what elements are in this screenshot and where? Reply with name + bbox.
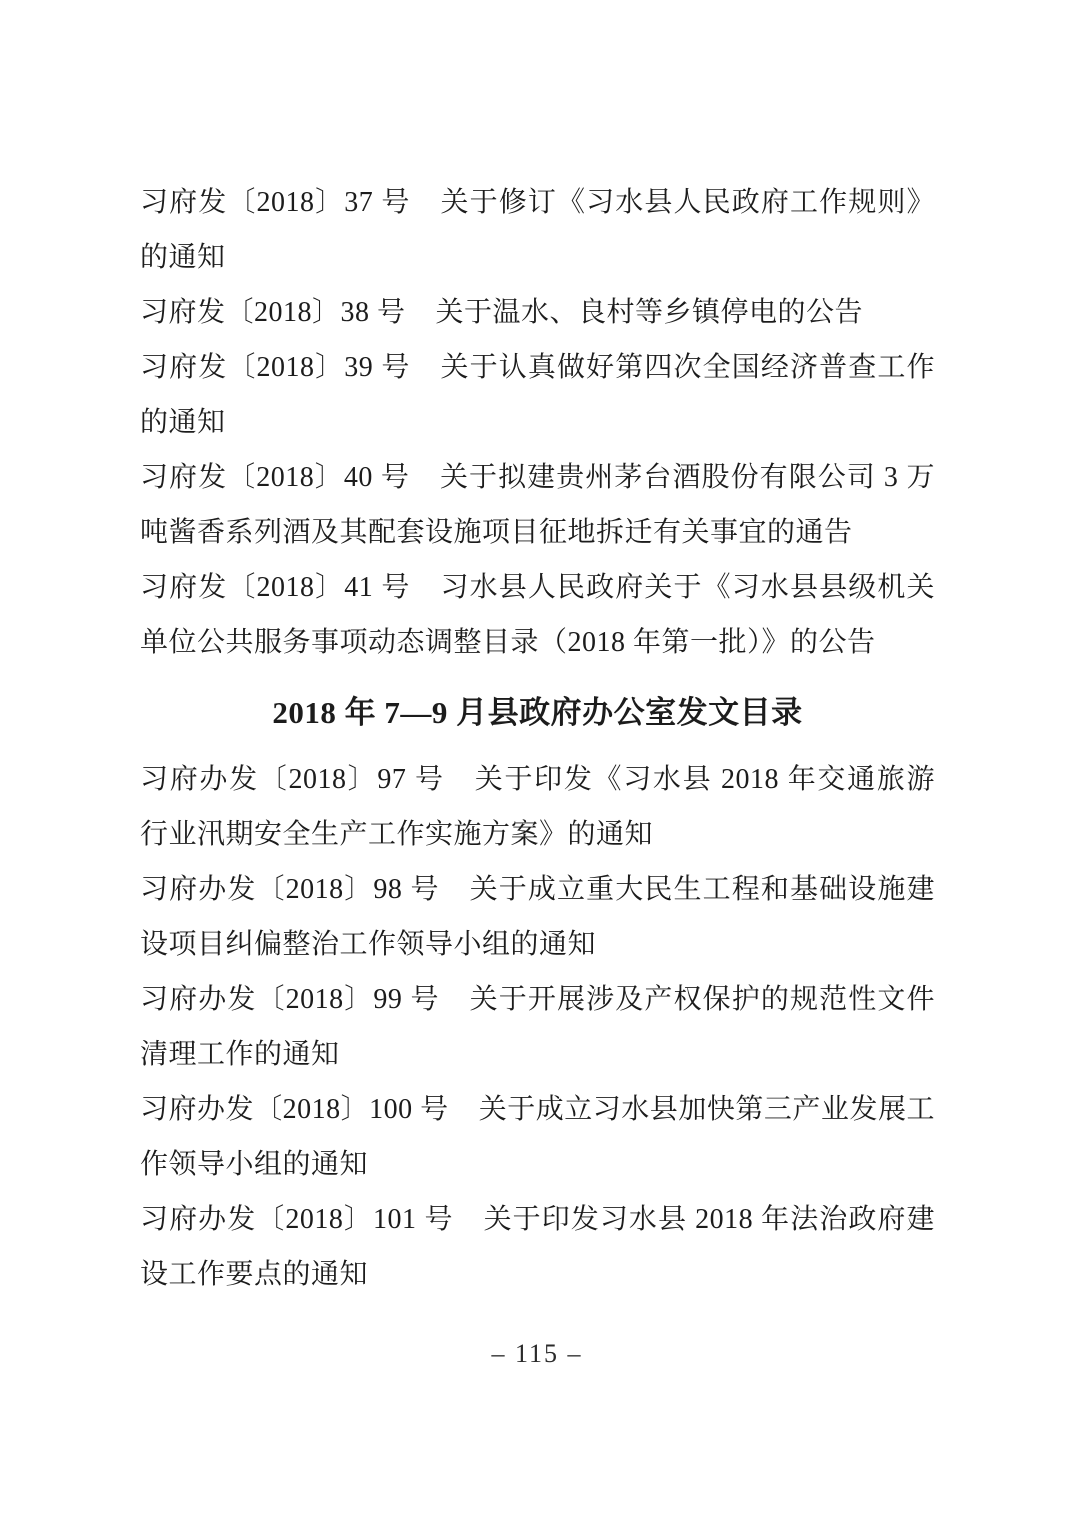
doc-entry: 习府发〔2018〕39 号关于认真做好第四次全国经济普查工作的通知 [140,340,935,450]
page-number: – 115 – [491,1339,582,1368]
doc-entry: 习府办发〔2018〕100 号关于成立习水县加快第三产业发展工作领导小组的通知 [140,1082,935,1192]
doc-number: 习府发〔2018〕38 号 [140,297,406,328]
doc-number: 习府办发〔2018〕97 号 [140,764,445,795]
doc-number: 习府办发〔2018〕100 号 [140,1094,449,1125]
section-heading: 2018 年 7—9 月县政府办公室发文目录 [140,685,935,740]
document-page: 习府发〔2018〕37 号关于修订《习水县人民政府工作规则》的通知 习府发〔20… [0,0,1074,1302]
doc-title: 关于温水、良村等乡镇停电的公告 [436,297,864,328]
doc-entry: 习府办发〔2018〕99 号关于开展涉及产权保护的规范性文件清理工作的通知 [140,972,935,1082]
doc-entry: 习府发〔2018〕38 号关于温水、良村等乡镇停电的公告 [140,285,935,340]
doc-number: 习府发〔2018〕37 号 [140,187,411,218]
doc-entry: 习府发〔2018〕40 号关于拟建贵州茅台酒股份有限公司 3 万吨酱香系列酒及其… [140,450,935,560]
doc-entry: 习府办发〔2018〕101 号关于印发习水县 2018 年法治政府建设工作要点的… [140,1192,935,1302]
page-footer: – 115 – [0,1338,1074,1370]
doc-number: 习府办发〔2018〕98 号 [140,874,440,905]
doc-number: 习府办发〔2018〕101 号 [140,1204,454,1235]
doc-section-first: 习府发〔2018〕37 号关于修订《习水县人民政府工作规则》的通知 习府发〔20… [140,175,935,670]
doc-entry: 习府办发〔2018〕97 号关于印发《习水县 2018 年交通旅游行业汛期安全生… [140,752,935,862]
doc-number: 习府发〔2018〕39 号 [140,352,411,383]
doc-number: 习府发〔2018〕40 号 [140,462,410,493]
doc-entry: 习府办发〔2018〕98 号关于成立重大民生工程和基础设施建设项目纠偏整治工作领… [140,862,935,972]
doc-entry: 习府发〔2018〕41 号习水县人民政府关于《习水县县级机关单位公共服务事项动态… [140,560,935,670]
doc-number: 习府办发〔2018〕99 号 [140,984,440,1015]
doc-entry: 习府发〔2018〕37 号关于修订《习水县人民政府工作规则》的通知 [140,175,935,285]
doc-section-second: 习府办发〔2018〕97 号关于印发《习水县 2018 年交通旅游行业汛期安全生… [140,752,935,1302]
doc-number: 习府发〔2018〕41 号 [140,572,411,603]
